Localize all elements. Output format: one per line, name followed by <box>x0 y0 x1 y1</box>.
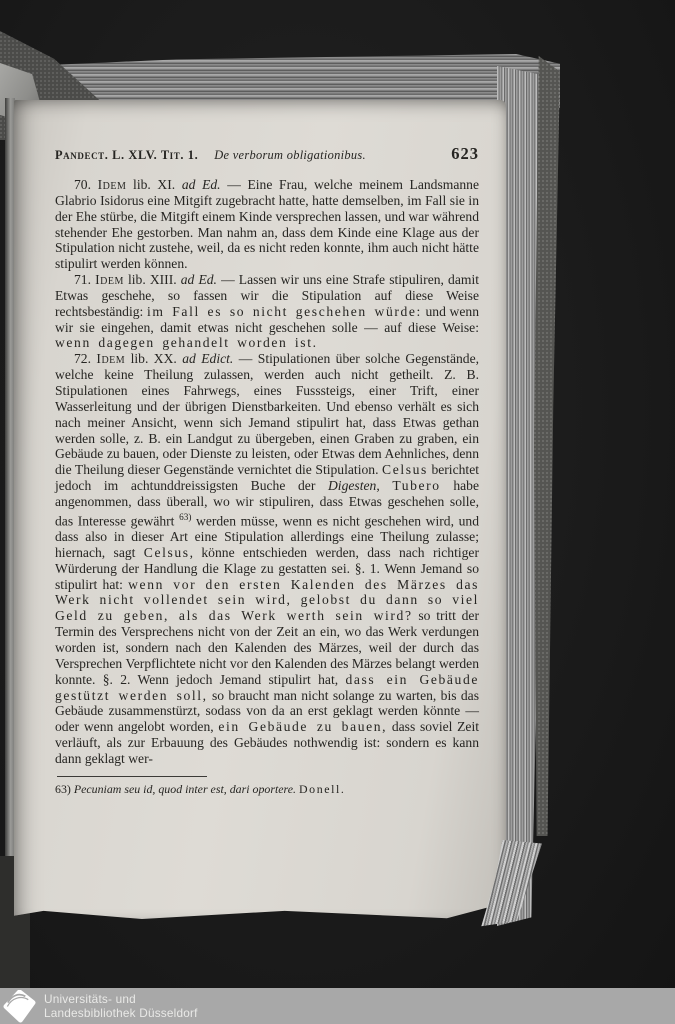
text-segment: 63) <box>55 782 74 796</box>
footnote-rule <box>57 776 207 777</box>
text-segment: Idem <box>95 272 124 287</box>
text-segment: wenn dagegen gehandelt worden ist. <box>55 335 318 350</box>
library-footer-bar: Universitäts- und Landesbibliothek Düsse… <box>0 988 675 1024</box>
book-scan-viewer: Pandect. L. XLV. Tit. 1. De verborum obl… <box>0 0 675 1024</box>
text-segment: 70. <box>74 177 98 192</box>
text-segment: 72. <box>74 351 96 366</box>
paragraph-71: 71. Idem lib. XIII. ad Ed. — Lassen wir … <box>55 272 479 351</box>
text-segment: ad Edict. <box>182 351 233 366</box>
footnote-block: 63) Pecuniam seu id, quod inter est, dar… <box>55 776 479 796</box>
text-segment: lib. XX. <box>125 351 182 366</box>
text-segment: Celsus <box>144 545 190 560</box>
text-segment: ad Ed. <box>181 272 217 287</box>
body-text: 70. Idem lib. XI. ad Ed. — Eine Frau, we… <box>55 177 479 767</box>
text-segment: lib. XIII. <box>124 272 181 287</box>
text-segment: Pecuniam seu id, quod inter est, dari op… <box>74 782 296 796</box>
paragraph-70: 70. Idem lib. XI. ad Ed. — Eine Frau, we… <box>55 177 479 272</box>
text-segment: 63) <box>179 512 191 522</box>
library-name-line2: Landesbibliothek Düsseldorf <box>44 1006 198 1020</box>
page-content: Pandect. L. XLV. Tit. 1. De verborum obl… <box>55 144 479 796</box>
library-name-line1: Universitäts- und <box>44 992 198 1006</box>
page-number: 623 <box>451 144 479 164</box>
running-header: Pandect. L. XLV. Tit. 1. De verborum obl… <box>55 144 479 164</box>
text-segment: — Stipulationen über solche Gegenstände,… <box>55 351 479 477</box>
text-segment: 71. <box>74 272 95 287</box>
text-segment: Celsus <box>382 462 428 477</box>
text-segment: , <box>376 478 392 493</box>
paragraph-72: 72. Idem lib. XX. ad Edict. — Stipulatio… <box>55 351 479 766</box>
running-header-title: De verborum obligationibus. <box>208 148 366 163</box>
text-segment: Tubero <box>392 478 440 493</box>
ulb-duesseldorf-logo-icon <box>3 990 36 1023</box>
footnote-63: 63) Pecuniam seu id, quod inter est, dar… <box>55 782 479 796</box>
text-segment: im Fall es so nicht geschehen würde: <box>147 304 422 319</box>
text-segment: lib. XI. <box>126 177 181 192</box>
text-segment: ein Gebäude zu bauen, <box>218 719 387 734</box>
library-name: Universitäts- und Landesbibliothek Düsse… <box>44 992 198 1020</box>
text-segment: ad Ed. <box>182 177 221 192</box>
running-header-citation: Pandect. L. XLV. Tit. 1. <box>55 148 198 163</box>
text-segment: Idem <box>98 177 127 192</box>
text-segment: Idem <box>96 351 125 366</box>
book-cover-cloth-right <box>534 56 560 836</box>
text-segment: Donell. <box>299 782 346 796</box>
text-segment: Digesten <box>328 478 376 493</box>
